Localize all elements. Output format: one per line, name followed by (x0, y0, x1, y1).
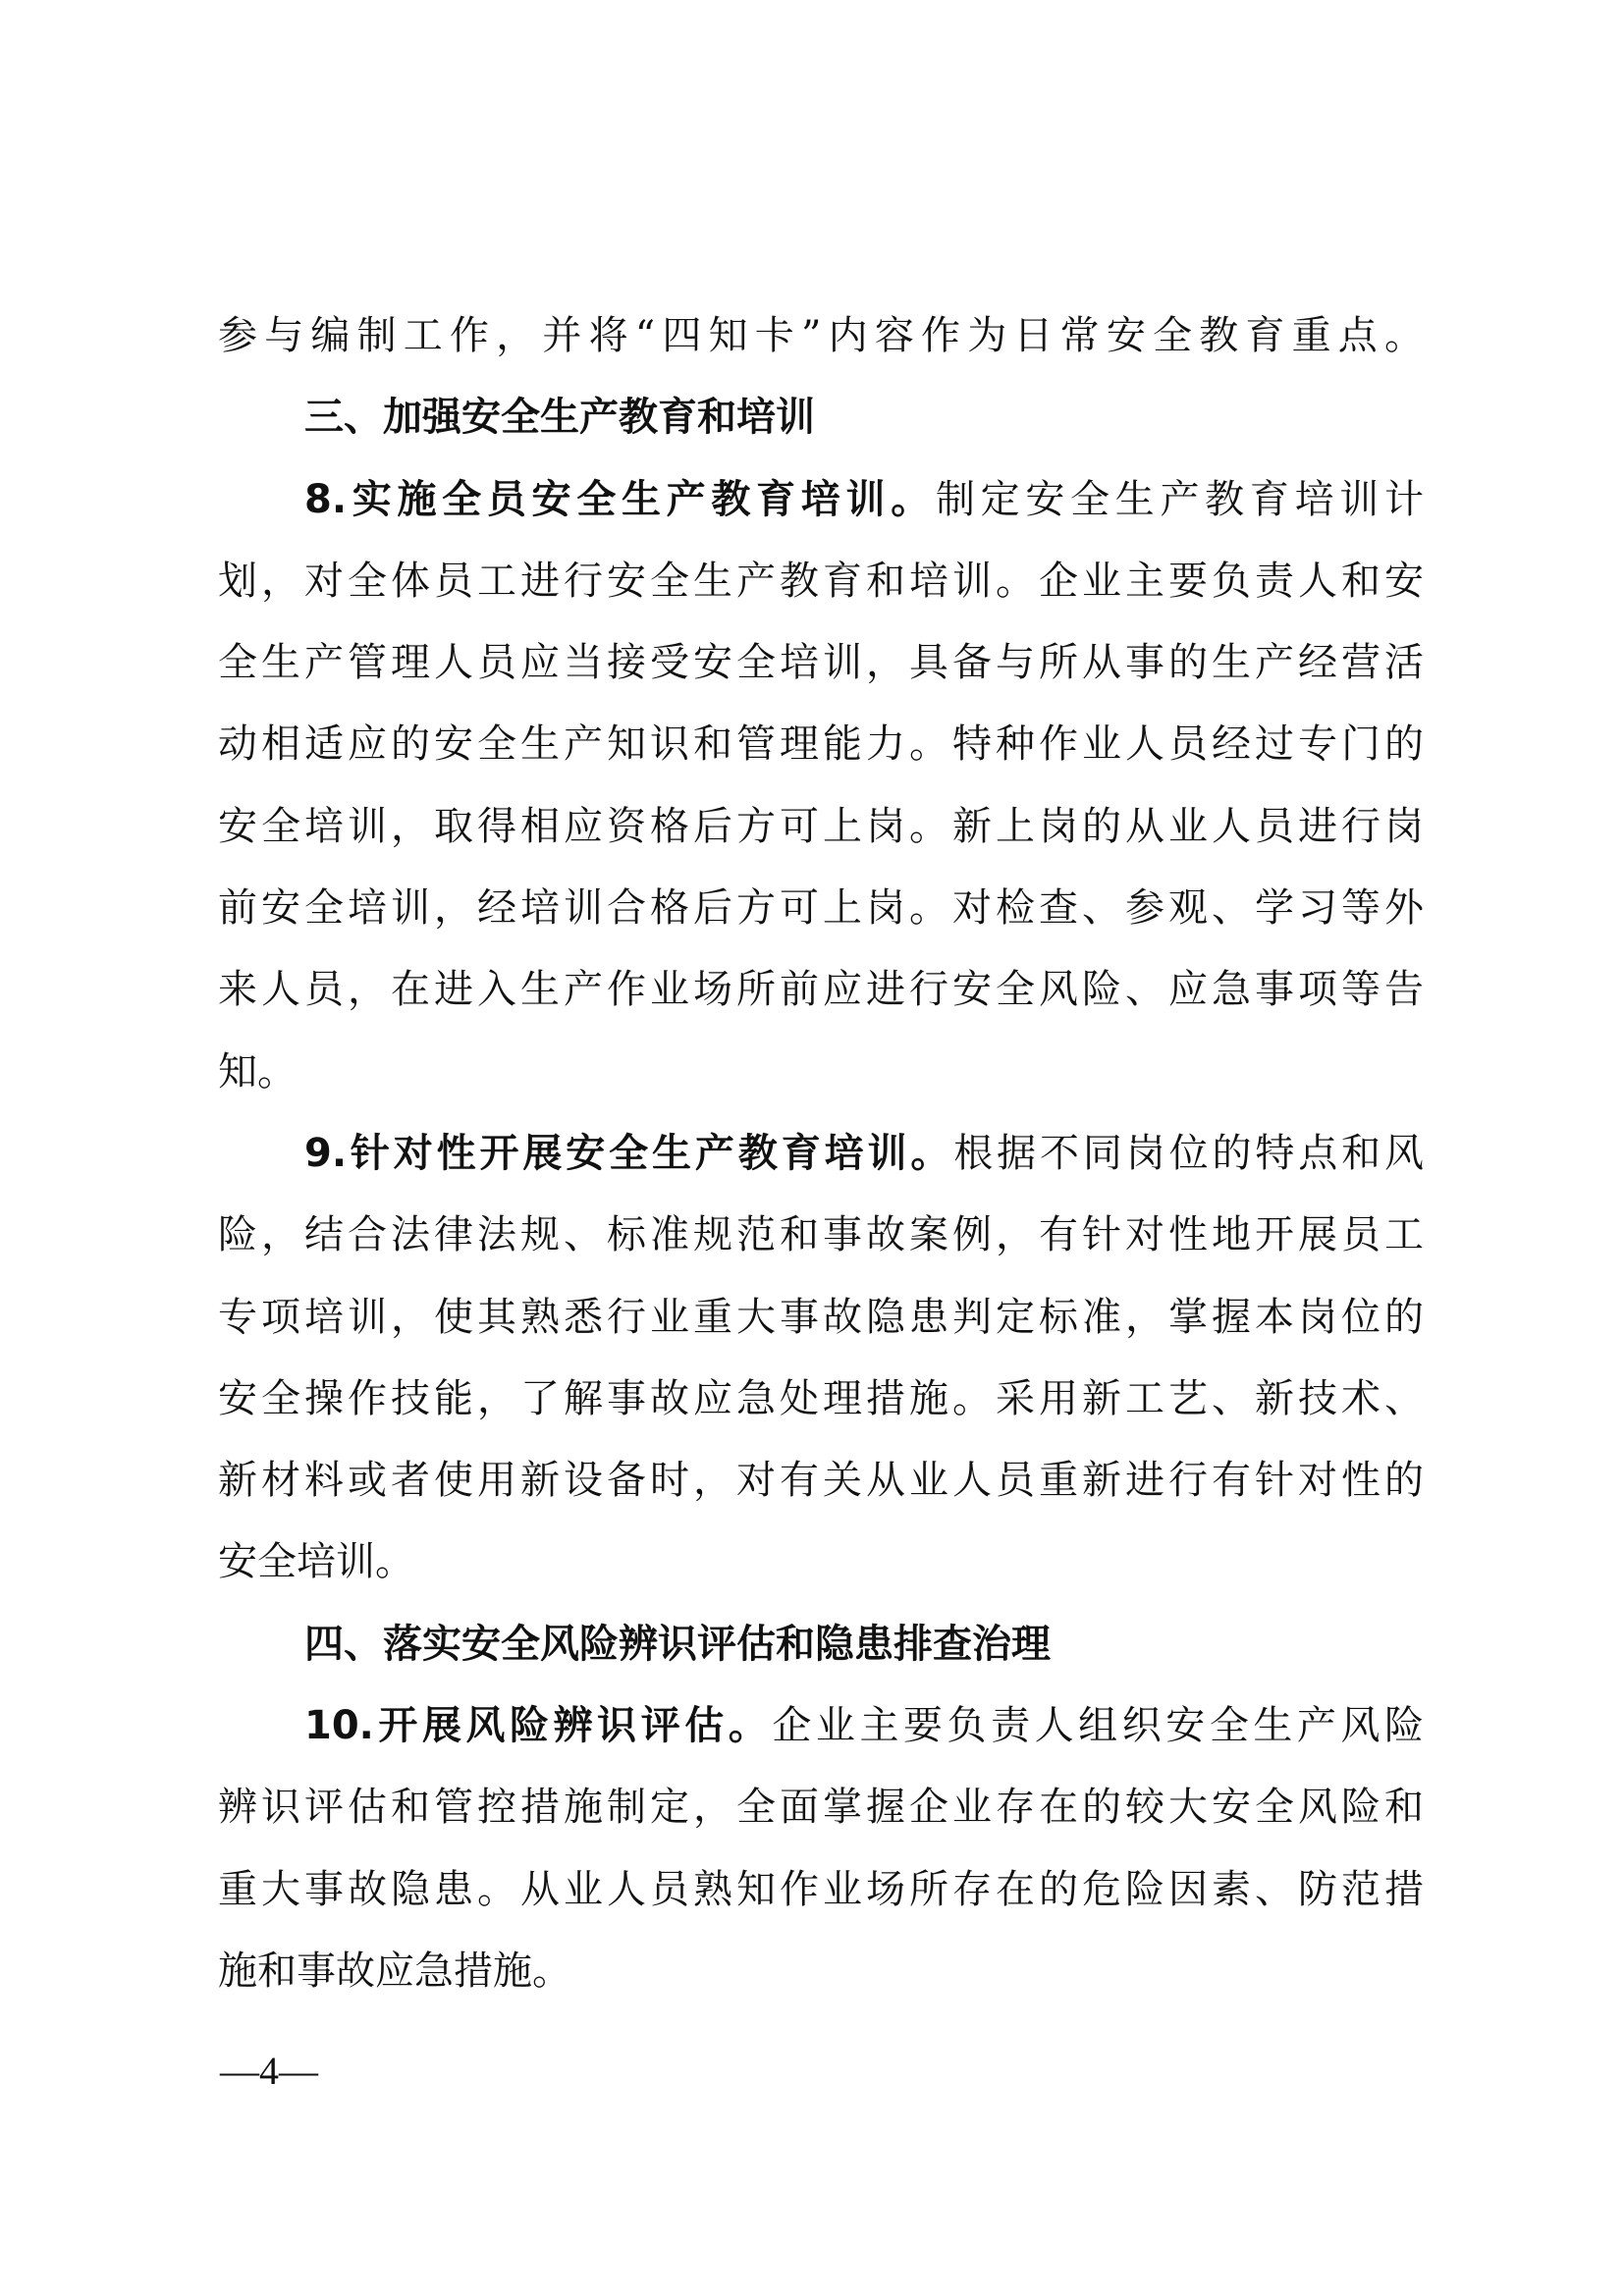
body-text: 来人员，在进入生产作业场所前应进行安全风险、应急事项等告 (218, 967, 1424, 1012)
body-text: 企业主要负责人组织安全生产风险 (772, 1703, 1424, 1748)
body-text: 全生产管理人员应当接受安全培训，具备与所从事的生产经营活 (218, 640, 1424, 685)
paragraph-line: 全生产管理人员应当接受安全培训，具备与所从事的生产经营活 (218, 622, 1424, 704)
paragraph-line: 参与编制工作，并将“四知卡”内容作为日常安全教育重点。 (218, 295, 1424, 377)
body-text: 知。 (218, 1049, 297, 1095)
body-text: 参与编制工作，并将“四知卡”内容作为日常安全教育重点。 (218, 313, 1424, 358)
item-9-first-line: 9.针对性开展安全生产教育培训。根据不同岗位的特点和风 (218, 1113, 1424, 1195)
paragraph-line: 安全培训，取得相应资格后方可上岗。新上岗的从业人员进行岗 (218, 786, 1424, 868)
paragraph-line: 新材料或者使用新设备时，对有关从业人员重新进行有针对性的 (218, 1440, 1424, 1522)
document-body: 参与编制工作，并将“四知卡”内容作为日常安全教育重点。 三、加强安全生产教育和培… (218, 295, 1424, 2012)
heading-text: 四、落实安全风险辨识评估和隐患排查治理 (304, 1622, 1051, 1667)
body-text: 新材料或者使用新设备时，对有关从业人员重新进行有针对性的 (218, 1458, 1424, 1503)
body-text: 辨识评估和管控措施制定，全面掌握企业存在的较大安全风险和 (218, 1785, 1424, 1830)
paragraph-line-last: 施和事故应急措施。 (218, 1931, 1424, 2012)
paragraph-line: 划，对全体员工进行安全生产教育和培训。企业主要负责人和安 (218, 541, 1424, 622)
body-text: 制定安全生产教育培训计 (936, 477, 1424, 522)
section-heading-4: 四、落实安全风险辨识评估和隐患排查治理 (218, 1604, 1424, 1685)
heading-text: 三、加强安全生产教育和培训 (304, 395, 815, 440)
body-text: 安全培训。 (218, 1539, 414, 1584)
item-8-lead: 8.实施全员安全生产教育培训。 (304, 477, 936, 522)
section-heading-3: 三、加强安全生产教育和培训 (218, 377, 1424, 458)
paragraph-line: 安全操作技能，了解事故应急处理措施。采用新工艺、新技术、 (218, 1359, 1424, 1440)
paragraph-line: 来人员，在进入生产作业场所前应进行安全风险、应急事项等告 (218, 949, 1424, 1031)
body-text: 划，对全体员工进行安全生产教育和培训。企业主要负责人和安 (218, 559, 1424, 604)
paragraph-line: 专项培训，使其熟悉行业重大事故隐患判定标准，掌握本岗位的 (218, 1277, 1424, 1359)
body-text: 动相适应的安全生产知识和管理能力。特种作业人员经过专门的 (218, 721, 1424, 767)
body-text: 险，结合法律法规、标准规范和事故案例，有针对性地开展员工 (218, 1212, 1424, 1257)
body-text: 施和事故应急措施。 (218, 1949, 571, 1994)
item-10-first-line: 10.开展风险辨识评估。企业主要负责人组织安全生产风险 (218, 1685, 1424, 1767)
paragraph-line-last: 知。 (218, 1032, 1424, 1113)
paragraph-line: 前安全培训，经培训合格后方可上岗。对检查、参观、学习等外 (218, 868, 1424, 949)
item-9-lead: 9.针对性开展安全生产教育培训。 (304, 1131, 953, 1176)
page-number: —4— (220, 2050, 318, 2093)
item-8-first-line: 8.实施全员安全生产教育培训。制定安全生产教育培训计 (218, 459, 1424, 541)
body-text: 专项培训，使其熟悉行业重大事故隐患判定标准，掌握本岗位的 (218, 1295, 1424, 1340)
body-text: 重大事故隐患。从业人员熟知作业场所存在的危险因素、防范措 (218, 1867, 1424, 1912)
body-text: 前安全培训，经培训合格后方可上岗。对检查、参观、学习等外 (218, 885, 1424, 931)
paragraph-line-last: 安全培训。 (218, 1522, 1424, 1603)
paragraph-line: 动相适应的安全生产知识和管理能力。特种作业人员经过专门的 (218, 704, 1424, 785)
paragraph-line: 辨识评估和管控措施制定，全面掌握企业存在的较大安全风险和 (218, 1767, 1424, 1848)
document-page: 参与编制工作，并将“四知卡”内容作为日常安全教育重点。 三、加强安全生产教育和培… (0, 0, 1624, 2296)
body-text: 安全培训，取得相应资格后方可上岗。新上岗的从业人员进行岗 (218, 804, 1424, 849)
body-text: 安全操作技能，了解事故应急处理措施。采用新工艺、新技术、 (218, 1376, 1424, 1421)
body-text: 根据不同岗位的特点和风 (953, 1131, 1424, 1176)
paragraph-line: 险，结合法律法规、标准规范和事故案例，有针对性地开展员工 (218, 1195, 1424, 1276)
item-10-lead: 10.开展风险辨识评估。 (304, 1703, 772, 1748)
paragraph-line: 重大事故隐患。从业人员熟知作业场所存在的危险因素、防范措 (218, 1849, 1424, 1931)
